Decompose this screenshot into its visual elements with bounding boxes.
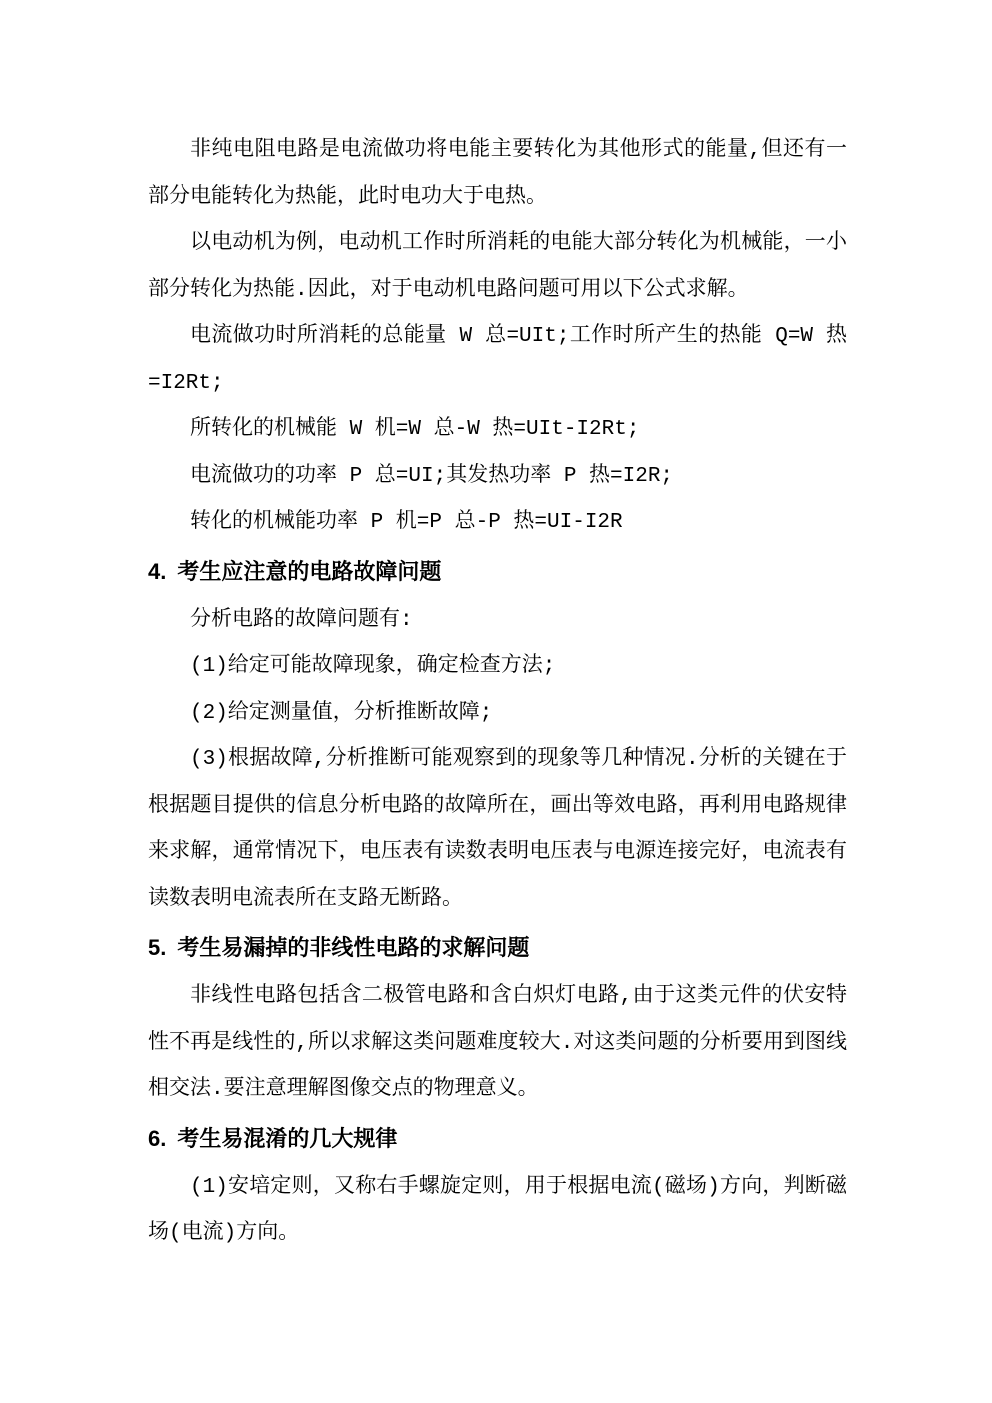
section-title: 考生易混淆的几大规律 [177, 1126, 397, 1151]
section-heading-4-circuit-fault: 4.考生应注意的电路故障问题 [148, 549, 847, 595]
section-heading-6-confusing-rules: 6.考生易混淆的几大规律 [148, 1116, 847, 1162]
paragraph-fault-item-1: (1)给定可能故障现象，确定检查方法; [148, 644, 847, 691]
document-content: 非纯电阻电路是电流做功将电能主要转化为其他形式的能量,但还有一部分电能转化为热能… [148, 128, 847, 1258]
document-page: 非纯电阻电路是电流做功将电能主要转化为其他形式的能量,但还有一部分电能转化为热能… [0, 0, 992, 1403]
paragraph-fault-item-2: (2)给定测量值，分析推断故障; [148, 691, 847, 738]
paragraph-formula-mechanical-energy: 所转化的机械能 W 机=W 总-W 热=UIt-I2Rt; [148, 407, 847, 454]
paragraph-fault-analysis-intro: 分析电路的故障问题有: [148, 598, 847, 645]
paragraph-formula-total-energy: 电流做功时所消耗的总能量 W 总=UIt;工作时所产生的热能 Q=W 热=I2R… [148, 314, 847, 407]
paragraph-nonpure-resistance-intro: 非纯电阻电路是电流做功将电能主要转化为其他形式的能量,但还有一部分电能转化为热能… [148, 128, 847, 221]
paragraph-nonlinear-circuit-body: 非线性电路包括含二极管电路和含白炽灯电路,由于这类元件的伏安特性不再是线性的,所… [148, 974, 847, 1114]
section-title: 考生易漏掉的非线性电路的求解问题 [177, 935, 529, 960]
paragraph-ampere-rule: (1)安培定则，又称右手螺旋定则，用于根据电流(磁场)方向，判断磁场(电流)方向… [148, 1165, 847, 1258]
paragraph-fault-item-3: (3)根据故障,分析推断可能观察到的现象等几种情况.分析的关键在于根据题目提供的… [148, 737, 847, 923]
section-number: 6. [148, 1116, 166, 1162]
paragraph-motor-example: 以电动机为例，电动机工作时所消耗的电能大部分转化为机械能，一小部分转化为热能.因… [148, 221, 847, 314]
section-number: 4. [148, 549, 166, 595]
section-title: 考生应注意的电路故障问题 [177, 559, 441, 584]
section-number: 5. [148, 925, 166, 971]
paragraph-formula-mechanical-power: 转化的机械能功率 P 机=P 总-P 热=UI-I2R [148, 500, 847, 547]
paragraph-formula-power: 电流做功的功率 P 总=UI;其发热功率 P 热=I2R; [148, 454, 847, 501]
section-heading-5-nonlinear-circuit: 5.考生易漏掉的非线性电路的求解问题 [148, 925, 847, 971]
